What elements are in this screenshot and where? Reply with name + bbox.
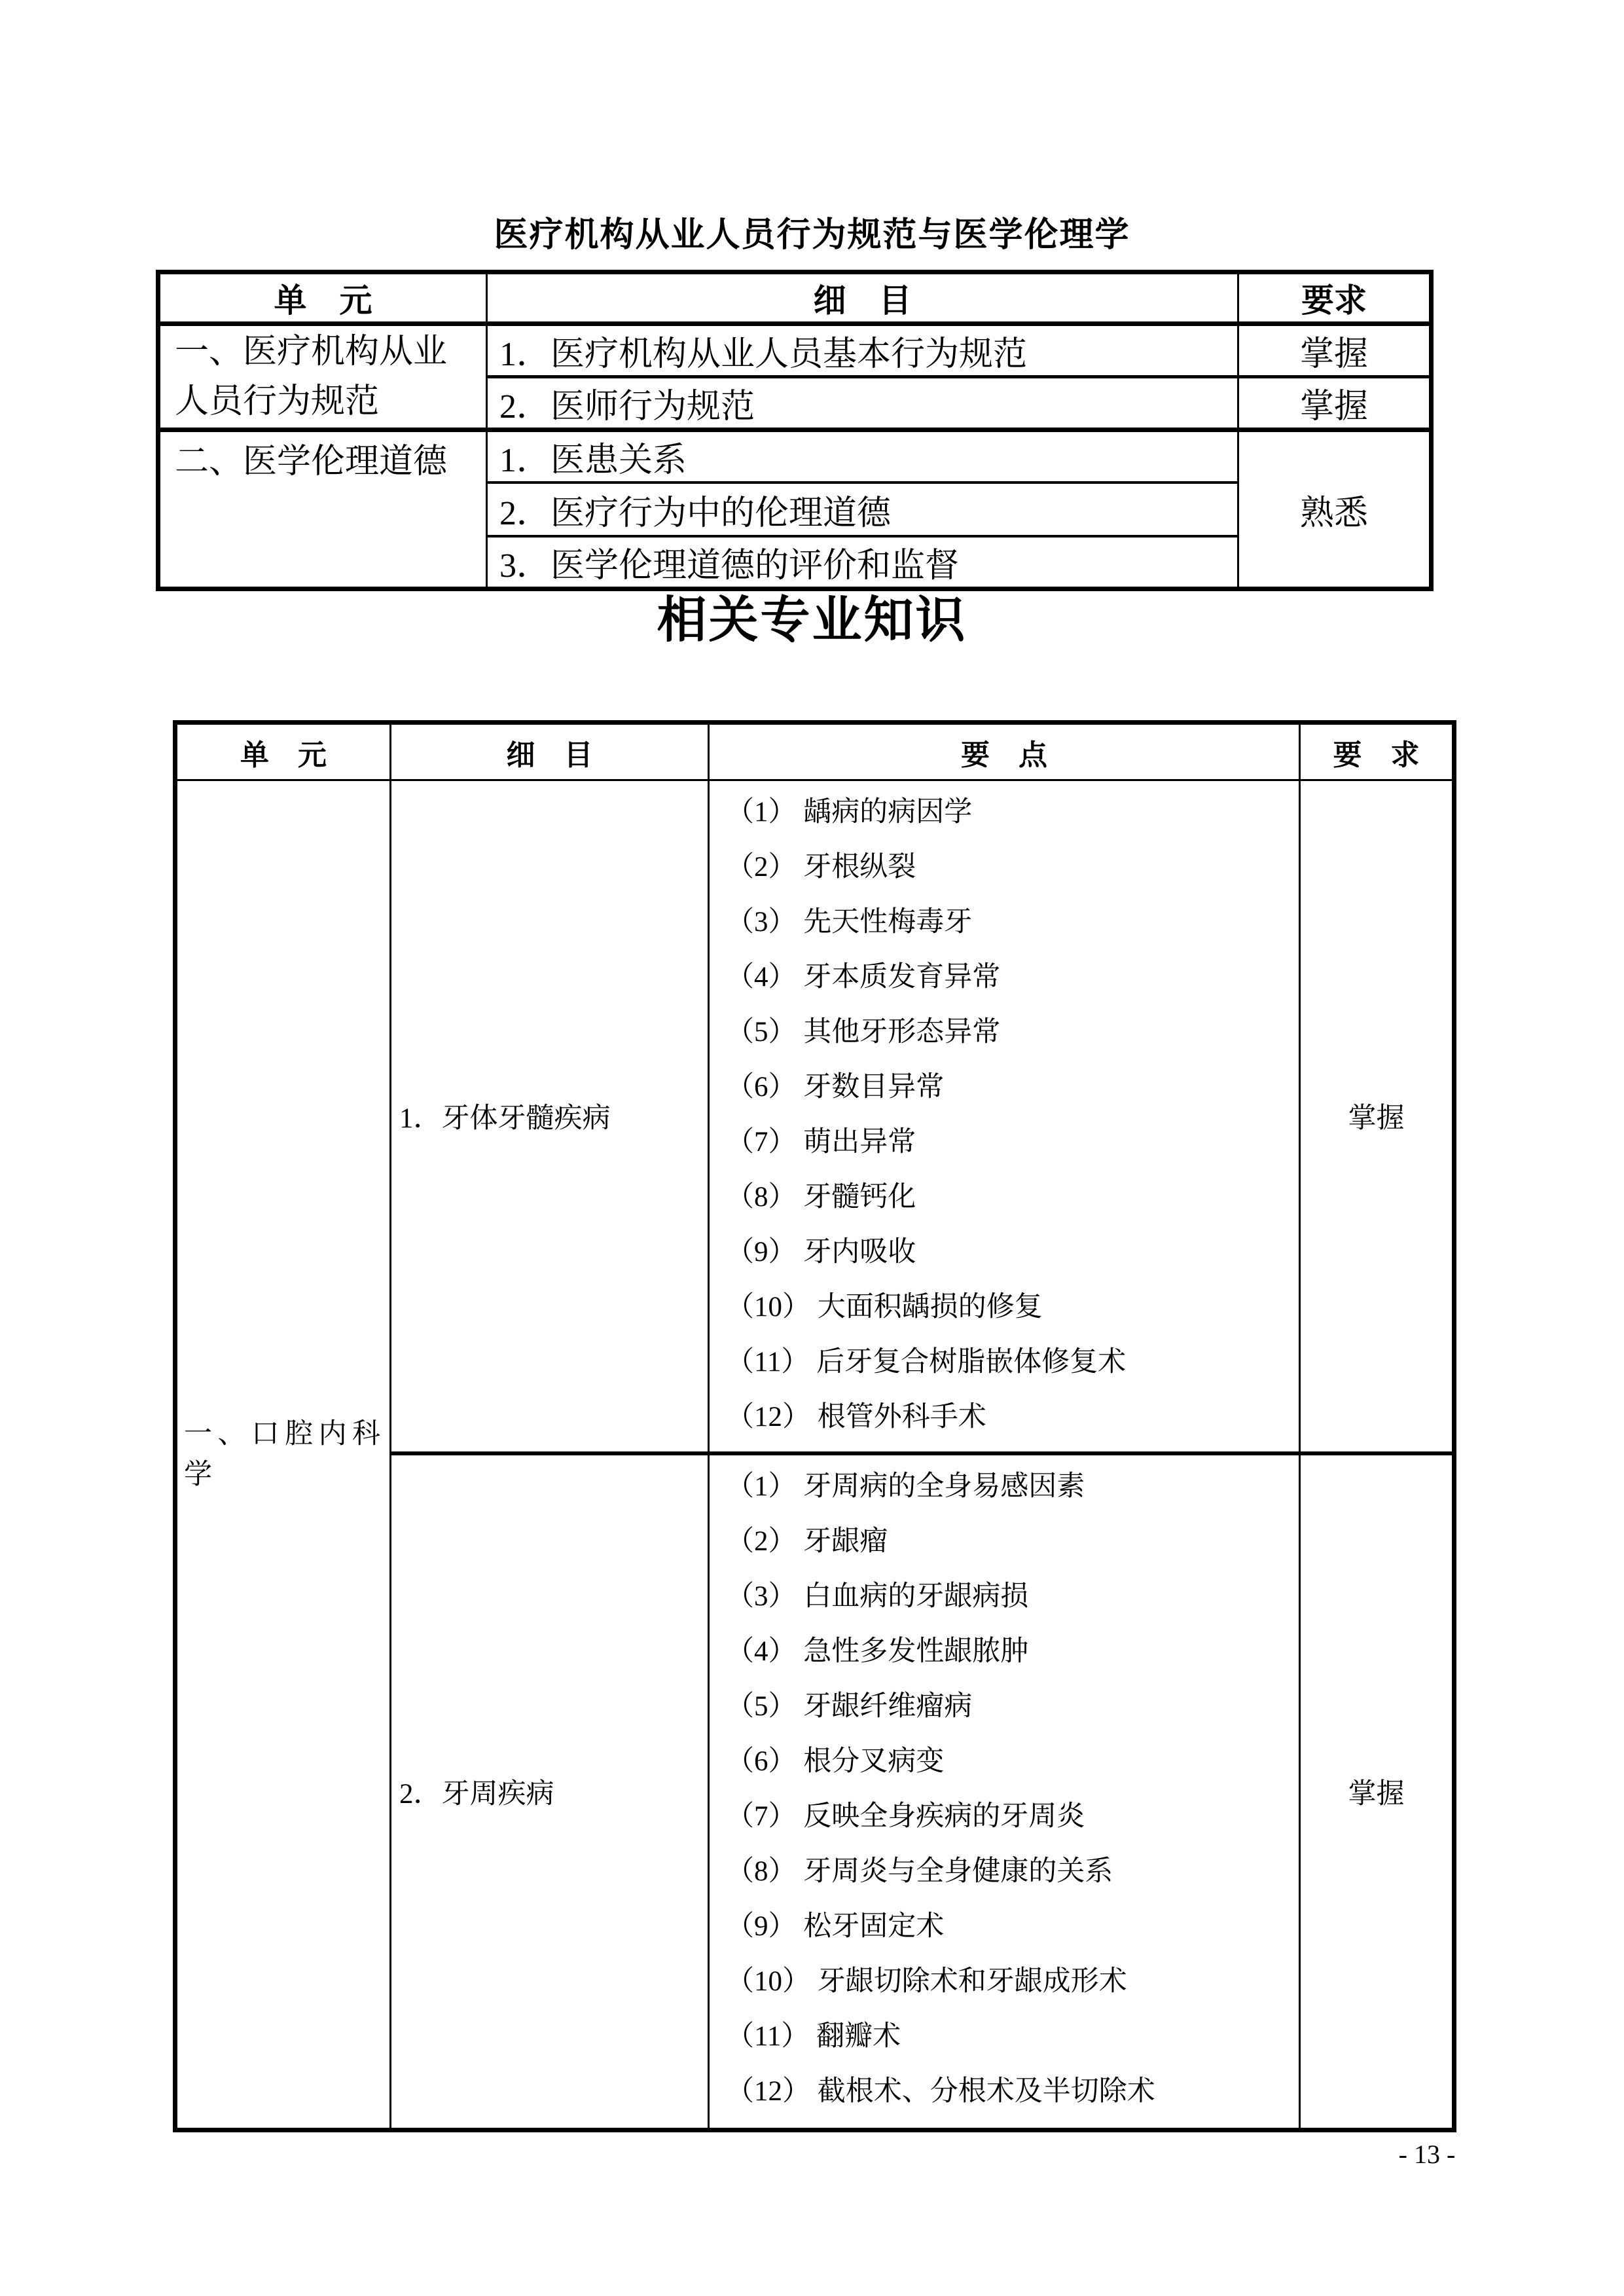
table-row: 一、医疗机构从业 人员行为规范 1．医疗机构从业人员基本行为规范 掌握 xyxy=(158,324,1432,377)
t1-header-detail: 细 目 xyxy=(487,272,1238,324)
ethics-syllabus-table: 单 元 细 目 要求 一、医疗机构从业 人员行为规范 1．医疗机构从业人员基本行… xyxy=(156,270,1434,591)
point-item: （6） 根分叉病变 xyxy=(726,1734,1299,1789)
table-row: 一、口腔内科 学 1．牙体牙髓疾病 （1） 龋病的病因学（2） 牙根纵裂（3） … xyxy=(175,780,1454,1453)
t1-unit-1-line-1: 一、医疗机构从业 xyxy=(175,327,486,377)
point-item: （12） 截根术、分根术及半切除术 xyxy=(726,2064,1299,2119)
t2-unit-line-1: 一、口腔内科 xyxy=(184,1414,380,1455)
t2-header-row: 单 元 细 目 要 点 要 求 xyxy=(175,723,1454,780)
point-item: （11） 翻瓣术 xyxy=(726,2009,1299,2064)
t2-unit-line-2: 学 xyxy=(184,1455,380,1495)
points-list: （1） 龋病的病因学（2） 牙根纵裂（3） 先天性梅毒牙（4） 牙本质发育异常（… xyxy=(726,785,1299,1445)
t2-header-req: 要 求 xyxy=(1300,723,1454,780)
points-list: （1） 牙周病的全身易感因素（2） 牙龈瘤（3） 白血病的牙龈病损（4） 急性多… xyxy=(726,1459,1299,2119)
t1-unit-cell-1: 一、医疗机构从业 人员行为规范 xyxy=(158,324,487,430)
point-item: （9） 松牙固定术 xyxy=(726,1899,1299,1954)
table-row: 二、医学伦理道德 1．医患关系 熟悉 xyxy=(158,430,1432,483)
section-title: 相关专业知识 xyxy=(0,593,1624,648)
professional-knowledge-table: 单 元 细 目 要 点 要 求 一、口腔内科 学 1．牙体牙髓疾病 （1） 龋病… xyxy=(173,720,1456,2132)
point-item: （2） 牙龈瘤 xyxy=(726,1514,1299,1569)
point-item: （10） 牙龈切除术和牙龈成形术 xyxy=(726,1954,1299,2009)
t1-detail-cell: 1．医患关系 xyxy=(487,430,1238,483)
point-item: （1） 龋病的病因学 xyxy=(726,785,1299,840)
point-item: （4） 急性多发性龈脓肿 xyxy=(726,1624,1299,1679)
point-item: （8） 牙髓钙化 xyxy=(726,1170,1299,1225)
t2-header-unit: 单 元 xyxy=(175,723,391,780)
t1-header-row: 单 元 细 目 要求 xyxy=(158,272,1432,324)
point-item: （8） 牙周炎与全身健康的关系 xyxy=(726,1844,1299,1899)
t2-unit-cell: 一、口腔内科 学 xyxy=(175,780,391,2130)
document-title: 医疗机构从业人员行为规范与医学伦理学 xyxy=(0,216,1624,255)
point-item: （6） 牙数目异常 xyxy=(726,1060,1299,1115)
t1-detail-cell: 2．医师行为规范 xyxy=(487,377,1238,430)
point-item: （10） 大面积龋损的修复 xyxy=(726,1280,1299,1335)
t2-detail-cell: 1．牙体牙髓疾病 xyxy=(391,780,709,1453)
point-item: （1） 牙周病的全身易感因素 xyxy=(726,1459,1299,1514)
point-item: （3） 先天性梅毒牙 xyxy=(726,895,1299,950)
t2-detail-cell: 2．牙周疾病 xyxy=(391,1453,709,2130)
point-item: （11） 后牙复合树脂嵌体修复术 xyxy=(726,1335,1299,1390)
t1-unit-cell-2: 二、医学伦理道德 xyxy=(158,430,487,589)
point-item: （9） 牙内吸收 xyxy=(726,1225,1299,1280)
point-item: （7） 反映全身疾病的牙周炎 xyxy=(726,1789,1299,1844)
t1-req-cell: 掌握 xyxy=(1238,377,1432,430)
t1-unit-1-line-2: 人员行为规范 xyxy=(175,377,486,427)
t2-req-cell: 掌握 xyxy=(1300,780,1454,1453)
point-item: （12） 根管外科手术 xyxy=(726,1390,1299,1445)
point-item: （2） 牙根纵裂 xyxy=(726,840,1299,895)
t1-unit-2-line-1: 二、医学伦理道德 xyxy=(175,437,486,487)
page-number: - 13 - xyxy=(1355,2140,1499,2170)
t1-header-unit: 单 元 xyxy=(158,272,487,324)
t2-points-cell: （1） 牙周病的全身易感因素（2） 牙龈瘤（3） 白血病的牙龈病损（4） 急性多… xyxy=(709,1453,1300,2130)
point-item: （3） 白血病的牙龈病损 xyxy=(726,1569,1299,1624)
point-item: （7） 萌出异常 xyxy=(726,1115,1299,1170)
t2-req-cell: 掌握 xyxy=(1300,1453,1454,2130)
t1-req-cell: 掌握 xyxy=(1238,324,1432,377)
point-item: （5） 牙龈纤维瘤病 xyxy=(726,1679,1299,1734)
t1-header-req: 要求 xyxy=(1238,272,1432,324)
t1-detail-cell: 2．医疗行为中的伦理道德 xyxy=(487,483,1238,536)
t2-header-points: 要 点 xyxy=(709,723,1300,780)
t1-detail-cell: 3．医学伦理道德的评价和监督 xyxy=(487,536,1238,589)
t2-points-cell: （1） 龋病的病因学（2） 牙根纵裂（3） 先天性梅毒牙（4） 牙本质发育异常（… xyxy=(709,780,1300,1453)
t2-header-detail: 细 目 xyxy=(391,723,709,780)
point-item: （4） 牙本质发育异常 xyxy=(726,950,1299,1005)
t1-req-cell-merged: 熟悉 xyxy=(1238,430,1432,589)
t1-detail-cell: 1．医疗机构从业人员基本行为规范 xyxy=(487,324,1238,377)
point-item: （5） 其他牙形态异常 xyxy=(726,1005,1299,1060)
